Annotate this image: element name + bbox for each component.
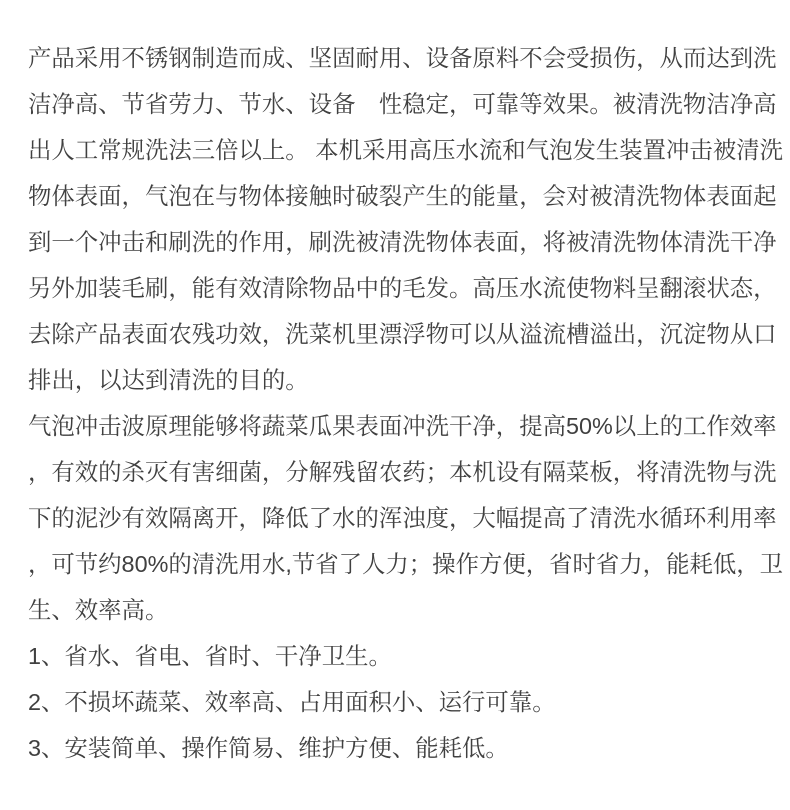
description-paragraph1-line: 出人工常规洗法三倍以上。 本机采用高压水流和气泡发生装置冲击被清洗 [28, 127, 764, 173]
feature-list-item-1: 1、省水、省电、省时、干净卫生。 [28, 633, 764, 679]
description-paragraph2-line: 下的泥沙有效隔离开，降低了水的浑浊度，大幅提高了清洗水循环利用率 [28, 495, 764, 541]
product-description-page: 产品采用不锈钢制造而成、坚固耐用、设备原料不会受损伤，从而达到洗 洁净高、节省劳… [0, 0, 790, 810]
description-paragraph1-line: 去除产品表面农残功效，洗菜机里漂浮物可以从溢流槽溢出，沉淀物从口 [28, 311, 764, 357]
description-paragraph1-line: 产品采用不锈钢制造而成、坚固耐用、设备原料不会受损伤，从而达到洗 [28, 35, 764, 81]
description-paragraph2-line: ，有效的杀灭有害细菌，分解残留农药；本机设有隔菜板，将清洗物与洗 [28, 449, 764, 495]
feature-list-item-3: 3、安装简单、操作简易、维护方便、能耗低。 [28, 725, 764, 771]
description-paragraph1-line: 排出，以达到清洗的目的。 [28, 357, 764, 403]
description-paragraph1-line: 到一个冲击和刷洗的作用，刷洗被清洗物体表面，将被清洗物体清洗干净 [28, 219, 764, 265]
feature-list-item-2: 2、不损坏蔬菜、效率高、占用面积小、运行可靠。 [28, 679, 764, 725]
description-paragraph1-line: 洁净高、节省劳力、节水、设备 性稳定，可靠等效果。被清洗物洁净高 [28, 81, 764, 127]
description-paragraph1-line: 另外加装毛刷，能有效清除物品中的毛发。高压水流使物料呈翻滚状态， [28, 265, 764, 311]
description-paragraph2-line: 气泡冲击波原理能够将蔬菜瓜果表面冲洗干净，提高50%以上的工作效率 [28, 403, 764, 449]
description-paragraph2-line: 生、效率高。 [28, 587, 764, 633]
description-paragraph1-line: 物体表面，气泡在与物体接触时破裂产生的能量，会对被清洗物体表面起 [28, 173, 764, 219]
description-paragraph2-line: ，可节约80%的清洗用水,节省了人力；操作方便，省时省力，能耗低，卫 [28, 541, 764, 587]
